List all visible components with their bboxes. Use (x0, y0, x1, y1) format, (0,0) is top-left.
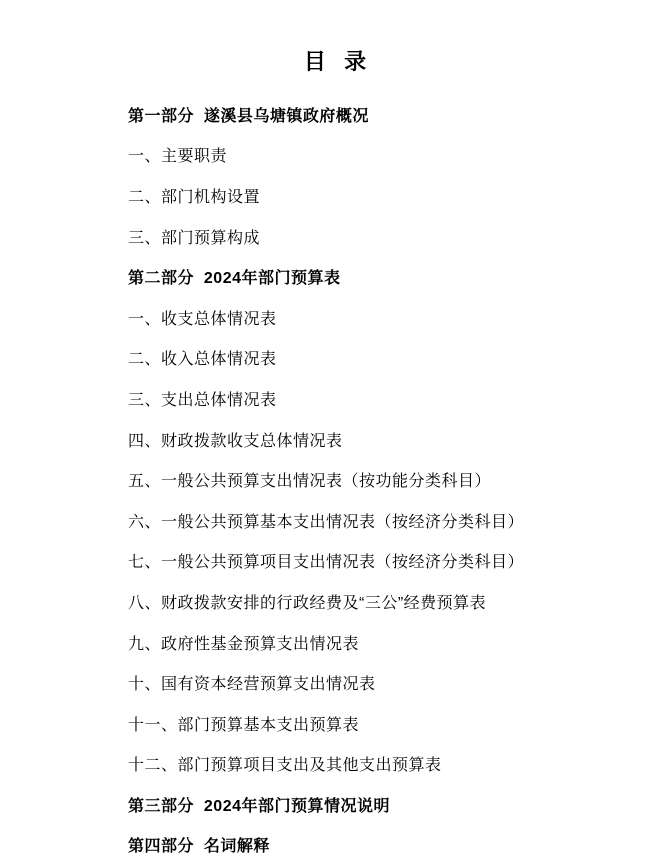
toc-item: 一、主要职责 (128, 135, 642, 176)
page-title: 目 录 (0, 0, 672, 74)
toc-item: 五、一般公共预算支出情况表（按功能分类科目） (128, 459, 642, 500)
toc-part-heading: 第一部分 遂溪县乌塘镇政府概况 (128, 94, 642, 135)
toc-item: 三、部门预算构成 (128, 216, 642, 257)
toc-item: 二、收入总体情况表 (128, 338, 642, 379)
toc-item: 二、部门机构设置 (128, 175, 642, 216)
toc-item: 九、政府性基金预算支出情况表 (128, 622, 642, 663)
toc-part-heading: 第四部分 名词解释 (128, 825, 642, 866)
toc-item: 一、收支总体情况表 (128, 297, 642, 338)
toc-part-heading: 第三部分 2024年部门预算情况说明 (128, 784, 642, 825)
toc-item: 四、财政拨款收支总体情况表 (128, 419, 642, 460)
document-page: 目 录 第一部分 遂溪县乌塘镇政府概况一、主要职责二、部门机构设置三、部门预算构… (0, 0, 672, 866)
toc-item: 十一、部门预算基本支出预算表 (128, 703, 642, 744)
toc-item: 十、国有资本经营预算支出情况表 (128, 662, 642, 703)
toc-item: 七、一般公共预算项目支出情况表（按经济分类科目） (128, 541, 642, 582)
toc-item: 八、财政拨款安排的行政经费及“三公”经费预算表 (128, 581, 642, 622)
toc-item: 三、支出总体情况表 (128, 378, 642, 419)
toc-item: 十二、部门预算项目支出及其他支出预算表 (128, 744, 642, 785)
toc-item: 六、一般公共预算基本支出情况表（按经济分类科目） (128, 500, 642, 541)
toc-part-heading: 第二部分 2024年部门预算表 (128, 256, 642, 297)
toc-list: 第一部分 遂溪县乌塘镇政府概况一、主要职责二、部门机构设置三、部门预算构成第二部… (0, 94, 672, 865)
